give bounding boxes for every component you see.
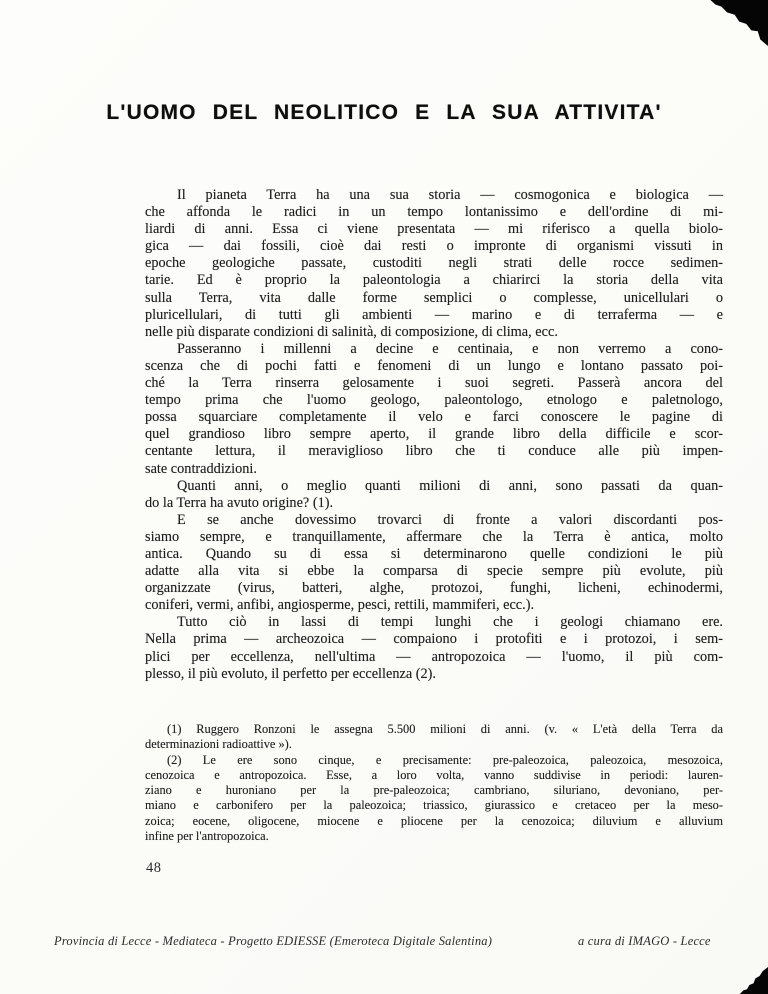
paragraph: (1) Ruggero Ronzoni le assegna 5.500 mil…: [145, 722, 723, 753]
text-line: sulla Terra, vita dalle forme semplici o…: [145, 290, 723, 307]
text-line: liardi di anni. Essa ci viene presentata…: [145, 221, 723, 238]
text-line: sate contraddizioni.: [145, 461, 723, 478]
text-line: E se anche dovessimo trovarci di fronte …: [145, 512, 723, 529]
text-line: epoche geologiche passate, custoditi neg…: [145, 255, 723, 272]
text-line: plesso, il più evoluto, il perfetto per …: [145, 666, 723, 683]
paragraph: E se anche dovessimo trovarci di fronte …: [145, 512, 723, 615]
paragraph: Il pianeta Terra ha una sua storia — cos…: [145, 187, 723, 341]
text-line: infine per l'antropozoica.: [145, 829, 723, 844]
text-line: pluricellulari, di tutti gli ambienti — …: [145, 307, 723, 324]
paragraph: Tutto ciò in lassi di tempi lunghi che i…: [145, 614, 723, 682]
text-line: tarie. Ed è proprio la paleontologia a c…: [145, 272, 723, 289]
text-line: gica — dai fossili, cioè dai resti o imp…: [145, 238, 723, 255]
paragraph: Quanti anni, o meglio quanti milioni di …: [145, 478, 723, 512]
scanned-document-page: L'UOMO DEL NEOLITICO E LA SUA ATTIVITA' …: [0, 0, 768, 994]
text-line: quel grandioso libro sempre aperto, il g…: [145, 426, 723, 443]
text-line: (2) Le ere sono cinque, e precisamente: …: [145, 753, 723, 768]
paragraph: Passeranno i millenni a decine e centina…: [145, 341, 723, 478]
text-line: Quanti anni, o meglio quanti milioni di …: [145, 478, 723, 495]
text-line: miano e carbonifero per la paleozoica; t…: [145, 798, 723, 813]
footnotes-section: (1) Ruggero Ronzoni le assegna 5.500 mil…: [145, 722, 723, 844]
text-line: tempo prima che l'uomo geologo, paleonto…: [145, 392, 723, 409]
page-title: L'UOMO DEL NEOLITICO E LA SUA ATTIVITA': [0, 101, 768, 125]
footer-curator-text: a cura di IMAGO - Lecce: [578, 934, 711, 949]
body-text: Il pianeta Terra ha una sua storia — cos…: [145, 187, 723, 683]
text-line: siamo sempre, e tranquillamente, afferma…: [145, 529, 723, 546]
page-number: 48: [146, 860, 162, 877]
text-line: Tutto ciò in lassi di tempi lunghi che i…: [145, 614, 723, 631]
text-line: zoica; eocene, oligocene, miocene e plio…: [145, 814, 723, 829]
text-line: determinazioni radioattive »).: [145, 737, 723, 752]
text-line: ziano e huroniano per la pre-paleozoica;…: [145, 783, 723, 798]
text-line: nelle più disparate condizioni di salini…: [145, 324, 723, 341]
text-line: coniferi, vermi, anfibi, angiosperme, pe…: [145, 597, 723, 614]
text-line: Il pianeta Terra ha una sua storia — cos…: [145, 187, 723, 204]
text-line: antica. Quando su di essa si determinaro…: [145, 546, 723, 563]
text-line: organizzate (virus, batteri, alghe, prot…: [145, 580, 723, 597]
text-line: Passeranno i millenni a decine e centina…: [145, 341, 723, 358]
footer-provenance-text: Provincia di Lecce - Mediateca - Progett…: [54, 934, 492, 949]
paragraph: (2) Le ere sono cinque, e precisamente: …: [145, 753, 723, 845]
text-line: Nella prima — archeozoica — compaiono i …: [145, 631, 723, 648]
text-line: do la Terra ha avuto origine? (1).: [145, 495, 723, 512]
text-line: ché la Terra rinserra gelosamente i suoi…: [145, 375, 723, 392]
text-line: (1) Ruggero Ronzoni le assegna 5.500 mil…: [145, 722, 723, 737]
text-line: scenza che di pochi fatti e fenomeni di …: [145, 358, 723, 375]
text-line: adatte alla vita si ebbe la comparsa di …: [145, 563, 723, 580]
scan-artifact-bottom-right: [738, 964, 768, 994]
scan-artifact-top-right: [704, 0, 768, 46]
text-line: cenozoica e antropozoica. Esse, a loro v…: [145, 768, 723, 783]
text-line: che affonda le radici in un tempo lontan…: [145, 204, 723, 221]
text-line: possa squarciare completamente il velo e…: [145, 409, 723, 426]
text-line: centante lettura, il meraviglioso libro …: [145, 443, 723, 460]
text-line: plici per eccellenza, nell'ultima — antr…: [145, 649, 723, 666]
